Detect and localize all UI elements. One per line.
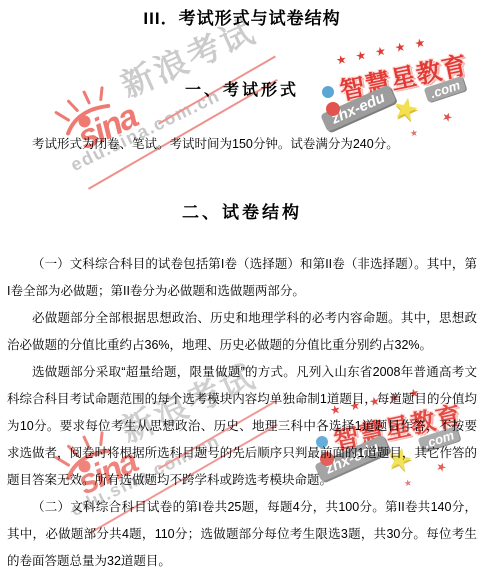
doc-title: III．考试形式与试卷结构: [0, 4, 484, 29]
paragraph-3: 选做题部分采取“超量给题，限量做题”的方式。凡列入山东省2008年普通高考文科综…: [7, 359, 477, 494]
paper-structure-paragraphs: （一）文科综合科目的试卷包括第I卷（选择题）和第II卷（非选择题）。其中，第I卷…: [7, 251, 477, 575]
paragraph-2: 必做题部分全部根据思想政治、历史和地理学科的必考内容命题。其中，思想政治必做题的…: [7, 305, 477, 359]
section-heading-exam-format: 一、考试形式: [0, 77, 484, 100]
section-heading-paper-structure: 二、试卷结构: [0, 198, 484, 223]
document-page: 新浪考试 edu.sina.com.cn sina 新浪考试 edu.sina.…: [0, 0, 484, 582]
exam-format-paragraph: 考试形式为闭卷、笔试。考试时间为150分钟。试卷满分为240分。: [7, 136, 477, 152]
document-content: III．考试形式与试卷结构 一、考试形式 考试形式为闭卷、笔试。考试时间为150…: [0, 0, 484, 582]
paragraph-1: （一）文科综合科目的试卷包括第I卷（选择题）和第II卷（非选择题）。其中，第I卷…: [7, 251, 477, 305]
paragraph-4: （二）文科综合科目试卷的第I卷共25题，每题4分，共100分。第II卷共140分…: [7, 494, 477, 575]
